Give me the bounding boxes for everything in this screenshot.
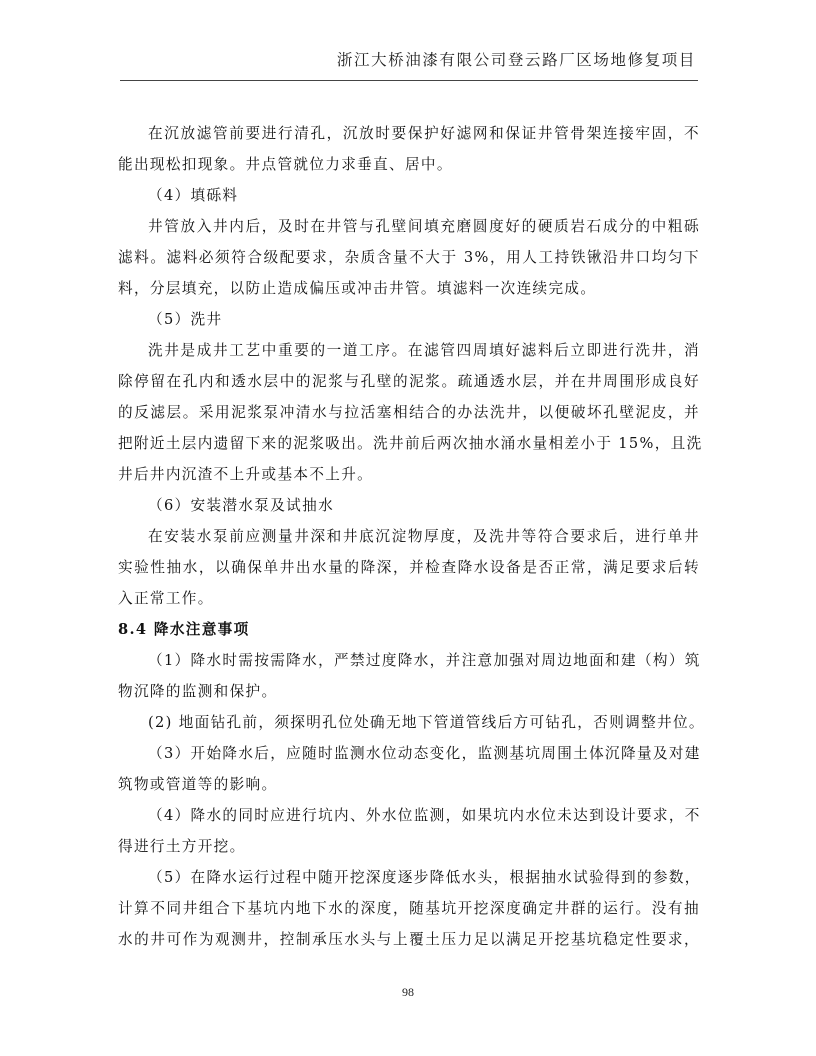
text-line: 的反滤层。采用泥浆泵冲清水与拉活塞相结合的办法洗井，以便破坏孔壁泥皮，并 <box>118 397 700 428</box>
text-line: 在沉放滤管前要进行清孔，沉放时要保护好滤网和保证井管骨架连接牢固，不 <box>118 118 700 149</box>
text-line: 料，分层填充，以防止造成偏压或冲击井管。填滤料一次连续完成。 <box>118 273 700 304</box>
text-line: 除停留在孔内和透水层中的泥浆与孔壁的泥浆。疏通透水层，并在井周围形成良好 <box>118 366 700 397</box>
text-line: 入正常工作。 <box>118 583 700 614</box>
text-line: （4）降水的同时应进行坑内、外水位监测，如果坑内水位未达到设计要求，不 <box>118 800 700 831</box>
text-line: 把附近土层内遗留下来的泥浆吸出。洗井前后两次抽水涌水量相差小于 15%，且洗 <box>118 428 700 459</box>
text-line: 筑物或管道等的影响。 <box>118 769 700 800</box>
text-line: （5）在降水运行过程中随开挖深度逐步降低水头，根据抽水试验得到的参数， <box>118 862 700 893</box>
text-line: （5）洗井 <box>118 304 700 335</box>
text-line: 井管放入井内后，及时在井管与孔壁间填充磨圆度好的硬质岩石成分的中粗砾 <box>118 211 700 242</box>
text-line: （4）填砾料 <box>118 180 700 211</box>
page-number: 98 <box>0 985 816 1000</box>
text-line: 实验性抽水，以确保单井出水量的降深，并检查降水设备是否正常，满足要求后转 <box>118 552 700 583</box>
text-line: （6）安装潜水泵及试抽水 <box>118 490 700 521</box>
text-line: （1）降水时需按需降水，严禁过度降水，并注意加强对周边地面和建（构）筑 <box>118 645 700 676</box>
text-line: 得进行土方开挖。 <box>118 831 700 862</box>
text-line: 物沉降的监测和保护。 <box>118 676 700 707</box>
text-line: 井后井内沉渣不上升或基本不上升。 <box>118 459 700 490</box>
text-line: 水的井可作为观测井，控制承压水头与上覆土压力足以满足开挖基坑稳定性要求， <box>118 924 700 955</box>
text-line: 在安装水泵前应测量井深和井底沉淀物厚度，及洗井等符合要求后，进行单井 <box>118 521 700 552</box>
document-body: 在沉放滤管前要进行清孔，沉放时要保护好滤网和保证井管骨架连接牢固，不能出现松扣现… <box>118 118 700 955</box>
text-line: （3）开始降水后，应随时监测水位动态变化，监测基坑周围土体沉降量及对建 <box>118 738 700 769</box>
text-line: (2) 地面钻孔前，须探明孔位处确无地下管道管线后方可钻孔，否则调整井位。 <box>118 707 700 738</box>
text-line: 能出现松扣现象。井点管就位力求垂直、居中。 <box>118 149 700 180</box>
page-header: 浙江大桥油漆有限公司登云路厂区场地修复项目 <box>120 48 698 81</box>
text-line: 洗井是成井工艺中重要的一道工序。在滤管四周填好滤料后立即进行洗井，消 <box>118 335 700 366</box>
section-heading: 8.4 降水注意事项 <box>118 614 700 645</box>
text-line: 计算不同井组合下基坑内地下水的深度，随基坑开挖深度确定井群的运行。没有抽 <box>118 893 700 924</box>
header-title: 浙江大桥油漆有限公司登云路厂区场地修复项目 <box>337 48 696 70</box>
text-line: 滤料。滤料必须符合级配要求，杂质含量不大于 3%，用人工持铁锹沿井口均匀下 <box>118 242 700 273</box>
